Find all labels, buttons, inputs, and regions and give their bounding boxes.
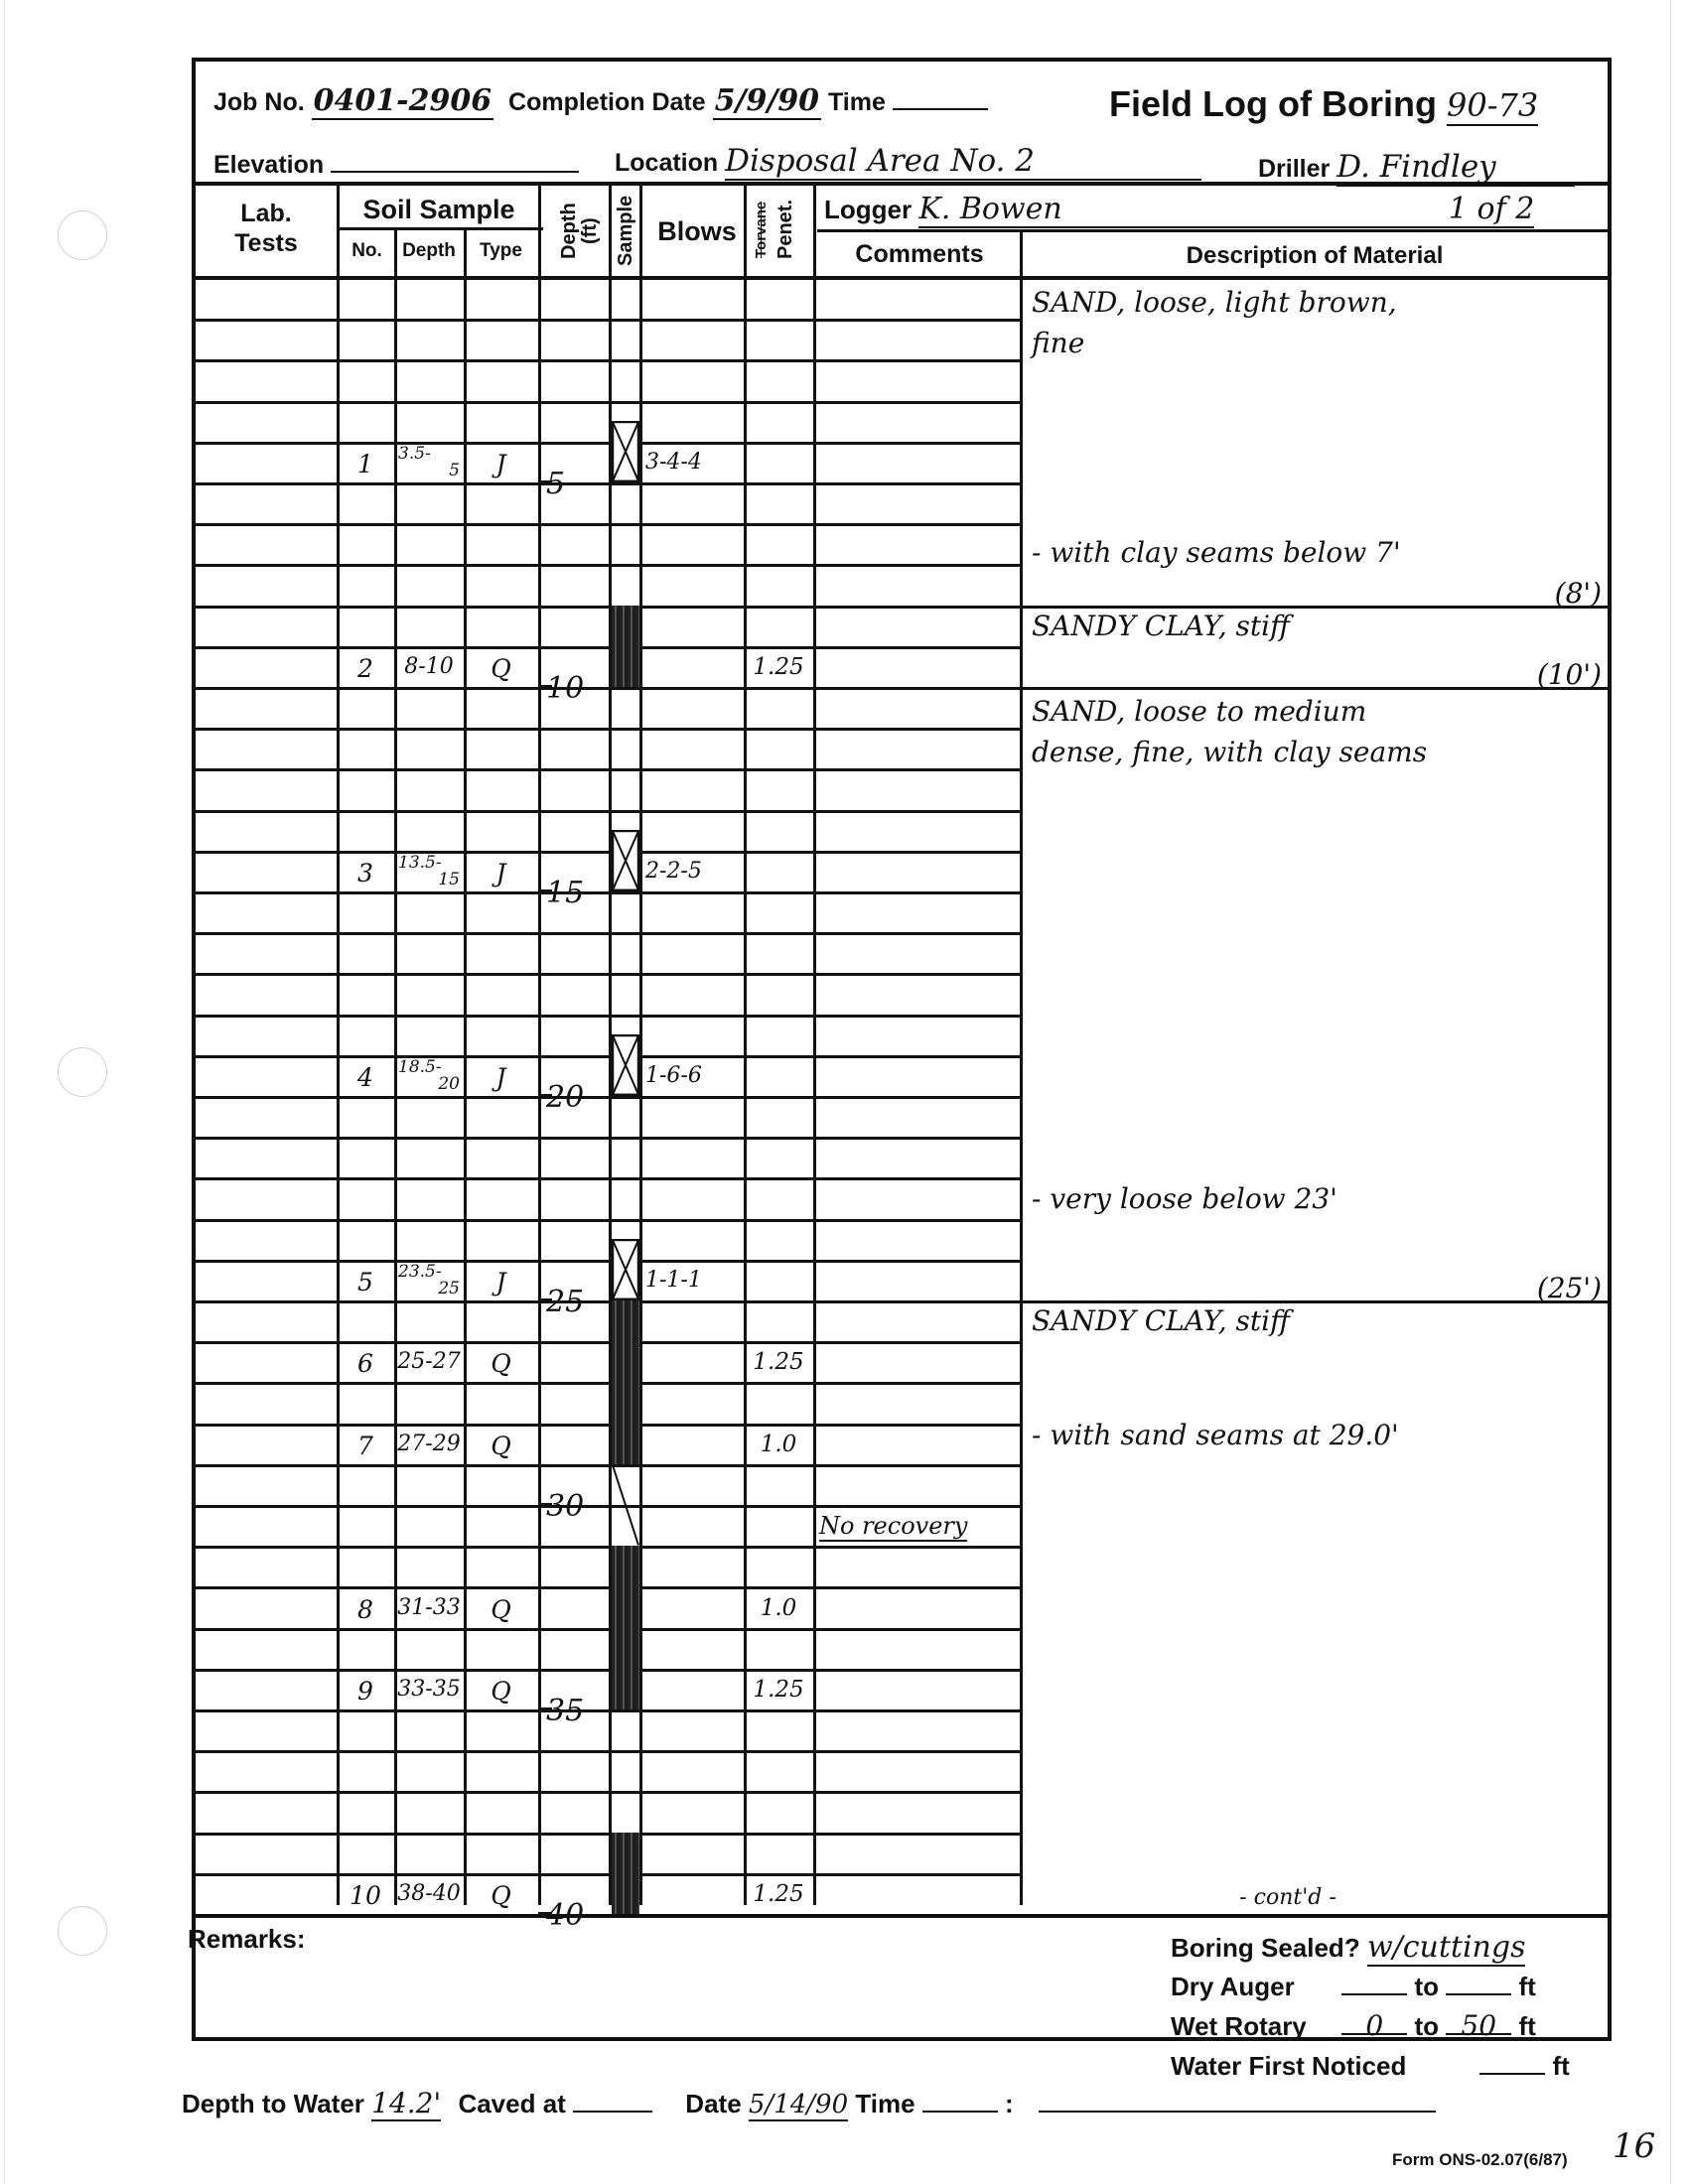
ft-label: ft bbox=[1518, 2011, 1535, 2041]
elevation-field: Elevation bbox=[213, 147, 579, 180]
ft-label: ft bbox=[1518, 1972, 1535, 2001]
row-line bbox=[196, 1177, 1020, 1180]
water-first-label: Water First Noticed bbox=[1171, 2051, 1473, 2082]
col-torvane-penet: Torvane Penet. bbox=[750, 187, 807, 272]
blow-counts[interactable]: 1-1-1 bbox=[639, 1268, 750, 1293]
material-description[interactable]: SAND, loose to medium bbox=[1032, 695, 1366, 728]
material-description[interactable]: SAND, loose, light brown, bbox=[1032, 286, 1397, 319]
blow-counts[interactable]: 3-4-4 bbox=[639, 450, 750, 475]
sample-depth[interactable]: 3.5-5 bbox=[398, 446, 460, 479]
material-description[interactable]: - with clay seams below 7' bbox=[1032, 536, 1401, 569]
tube-sample-icon bbox=[612, 1546, 639, 1627]
sample-depth[interactable]: 8-10 bbox=[394, 654, 464, 679]
no-recovery-icon bbox=[612, 1464, 639, 1546]
col-type: Type bbox=[464, 240, 538, 262]
penetrometer-value[interactable]: 1.0 bbox=[744, 1432, 813, 1457]
row-line bbox=[196, 523, 1020, 526]
sample-type[interactable]: Q bbox=[464, 1881, 538, 1910]
depth-tick bbox=[538, 480, 552, 484]
depth-to-water-value[interactable]: 14.2' bbox=[371, 2087, 441, 2121]
sample-type[interactable]: Q bbox=[464, 1677, 538, 1706]
row-line bbox=[196, 1382, 1020, 1385]
row-line bbox=[196, 1096, 1020, 1099]
depth-tick bbox=[538, 1094, 552, 1098]
col-comments: Comments bbox=[817, 240, 1022, 269]
caved-at-value[interactable] bbox=[573, 2087, 652, 2113]
col-depth-ft: Depth (ft) bbox=[559, 189, 603, 273]
row-line bbox=[196, 482, 1020, 485]
table-bottom-line bbox=[196, 1914, 1608, 1918]
elevation-value[interactable] bbox=[331, 147, 579, 173]
depth-tick bbox=[538, 1707, 552, 1711]
row-line bbox=[196, 1628, 1020, 1631]
job-no-value[interactable]: 0401-2906 bbox=[312, 83, 493, 120]
row-line bbox=[196, 891, 1020, 894]
material-description[interactable]: fine bbox=[1032, 327, 1084, 359]
material-description[interactable]: (25') bbox=[1537, 1272, 1602, 1304]
col-tests-label: Tests bbox=[196, 228, 337, 258]
binder-hole bbox=[58, 210, 107, 260]
tube-sample-icon bbox=[612, 1833, 639, 1914]
location-value[interactable]: Disposal Area No. 2 bbox=[725, 143, 1201, 181]
to-label: to bbox=[1414, 2011, 1439, 2041]
row-line bbox=[196, 1424, 1020, 1427]
signature-line[interactable] bbox=[1039, 2087, 1436, 2113]
completion-date-value[interactable]: 5/9/90 bbox=[713, 83, 821, 120]
row-line bbox=[196, 1137, 1020, 1140]
col-divider bbox=[639, 182, 642, 1905]
page-indicator: 1 of 2 bbox=[1449, 192, 1534, 226]
row-line bbox=[196, 1300, 1020, 1303]
ft-label: ft bbox=[1552, 2051, 1569, 2081]
row-line bbox=[196, 1709, 1020, 1712]
boring-sealed-label: Boring Sealed? bbox=[1171, 1933, 1360, 1963]
row-line bbox=[196, 687, 1020, 690]
sample-depth[interactable]: 25-27 bbox=[394, 1349, 464, 1374]
water-first-field: Water First Noticed ft bbox=[1171, 2049, 1570, 2082]
sample-type[interactable]: Q bbox=[464, 1595, 538, 1624]
col-lab-tests: Lab. Tests bbox=[196, 199, 337, 258]
sample-type[interactable]: Q bbox=[464, 654, 538, 683]
depth-tick bbox=[538, 1503, 552, 1507]
row-line bbox=[196, 1505, 1020, 1508]
material-description[interactable]: - with sand seams at 29.0' bbox=[1032, 1419, 1399, 1451]
row-line bbox=[196, 1750, 1020, 1753]
location-label: Location bbox=[615, 149, 718, 177]
form-number: Form ONS-02.07(6/87) bbox=[1392, 2150, 1568, 2170]
row-line bbox=[196, 646, 1020, 649]
to-label: to bbox=[1414, 1972, 1439, 2001]
col-divider bbox=[337, 182, 340, 1905]
sample-type[interactable]: Q bbox=[464, 1349, 538, 1378]
sample-no[interactable]: 3 bbox=[337, 859, 394, 887]
penetrometer-value[interactable]: 1.25 bbox=[744, 1881, 813, 1907]
water-first-value[interactable] bbox=[1479, 2049, 1545, 2075]
col-penet: Penet. bbox=[774, 200, 796, 259]
driller-label: Driller bbox=[1258, 155, 1330, 183]
blow-counts[interactable]: 2-2-5 bbox=[639, 859, 750, 884]
row-line bbox=[196, 359, 1020, 362]
row-line bbox=[196, 1055, 1020, 1058]
col-depth: Depth bbox=[394, 240, 464, 262]
sample-depth[interactable]: 13.5-15 bbox=[398, 855, 460, 888]
row-line bbox=[196, 973, 1020, 976]
soil-sample-divider bbox=[340, 227, 543, 230]
field-log-form: Job No. 0401-2906 Completion Date 5/9/90… bbox=[192, 58, 1612, 2041]
sample-type[interactable]: J bbox=[464, 1063, 538, 1092]
logger-label: Logger bbox=[824, 195, 912, 224]
sample-depth[interactable]: 38-40 bbox=[394, 1881, 464, 1906]
tube-sample-icon bbox=[612, 606, 639, 687]
penetrometer-value[interactable]: 1.25 bbox=[744, 1677, 813, 1703]
blow-counts[interactable]: 1-6-6 bbox=[639, 1063, 750, 1088]
row-line bbox=[196, 768, 1020, 771]
form-title: Field Log of Boring 90-73 bbox=[1109, 83, 1538, 125]
sample-depth[interactable]: 33-35 bbox=[394, 1677, 464, 1702]
penetrometer-value[interactable]: 1.25 bbox=[744, 654, 813, 680]
material-description[interactable]: SANDY CLAY, stiff bbox=[1032, 1304, 1290, 1337]
row-line bbox=[196, 401, 1020, 404]
col-divider bbox=[394, 227, 397, 1905]
tube-sample-icon bbox=[612, 1300, 639, 1382]
sample-no[interactable]: 4 bbox=[337, 1063, 394, 1092]
sample-no[interactable]: 9 bbox=[337, 1677, 394, 1706]
logger-field: Logger K. Bowen1 of 2 bbox=[824, 192, 1534, 228]
col-divider bbox=[813, 182, 816, 1905]
row-line bbox=[196, 1260, 1020, 1263]
sample-depth[interactable]: 18.5-20 bbox=[398, 1059, 460, 1093]
job-no-label: Job No. bbox=[213, 88, 305, 116]
completion-date-label: Completion Date bbox=[508, 88, 706, 116]
col-torvane-struck: Torvane bbox=[753, 201, 770, 257]
sample-type[interactable]: Q bbox=[464, 1432, 538, 1460]
depth-to-water-field: Depth to Water 14.2' Caved at Date 5/14/… bbox=[182, 2087, 1436, 2119]
binder-hole bbox=[58, 1906, 107, 1956]
dry-auger-from[interactable] bbox=[1341, 1970, 1407, 1995]
material-description[interactable]: dense, fine, with clay seams bbox=[1032, 736, 1427, 768]
split-spoon-sample-icon bbox=[612, 1239, 639, 1300]
row-line bbox=[196, 1873, 1020, 1876]
row-line bbox=[196, 319, 1020, 322]
header-divider bbox=[196, 182, 1608, 186]
boring-sealed-value[interactable]: w/cuttings bbox=[1367, 1930, 1526, 1967]
row-line bbox=[196, 1464, 1020, 1467]
split-spoon-sample-icon bbox=[612, 421, 639, 482]
col-lab-label: Lab. bbox=[196, 199, 337, 228]
tube-sample-icon bbox=[612, 1382, 639, 1463]
row-line bbox=[196, 564, 1020, 567]
depth-to-water-label: Depth to Water bbox=[182, 2089, 364, 2118]
boring-no-value[interactable]: 90-73 bbox=[1447, 86, 1538, 126]
material-description[interactable]: - very loose below 23' bbox=[1032, 1182, 1337, 1215]
time-value[interactable] bbox=[893, 84, 988, 110]
row-line bbox=[196, 1669, 1020, 1672]
paper-edge bbox=[4, 0, 5, 2184]
dry-auger-to[interactable] bbox=[1446, 1970, 1511, 1995]
dry-auger-label: Dry Auger bbox=[1171, 1972, 1335, 2002]
caved-at-label: Caved at bbox=[458, 2089, 565, 2118]
sample-no[interactable]: 6 bbox=[337, 1349, 394, 1378]
strata-break-line bbox=[1020, 606, 1608, 609]
row-line bbox=[196, 1586, 1020, 1589]
comment-no-recovery[interactable]: No recovery bbox=[819, 1512, 967, 1542]
col-divider bbox=[538, 182, 541, 1905]
col-no: No. bbox=[340, 240, 394, 262]
page-number: 16 bbox=[1613, 2126, 1655, 2166]
sample-no[interactable]: 1 bbox=[337, 450, 394, 478]
sample-no[interactable]: 2 bbox=[337, 654, 394, 683]
depth-tick bbox=[538, 685, 552, 689]
form-title-text: Field Log of Boring bbox=[1109, 83, 1437, 124]
sample-depth[interactable]: 27-29 bbox=[394, 1432, 464, 1456]
job-no-field: Job No. 0401-2906 Completion Date 5/9/90… bbox=[213, 83, 988, 118]
logger-value[interactable]: K. Bowen1 of 2 bbox=[918, 192, 1534, 228]
logger-divider bbox=[817, 229, 1608, 232]
location-field: Location Disposal Area No. 2 bbox=[615, 143, 1201, 181]
depth-tick bbox=[538, 1298, 552, 1302]
row-line bbox=[196, 1219, 1020, 1222]
strata-break-line bbox=[1020, 687, 1608, 690]
binder-hole bbox=[58, 1047, 107, 1097]
row-line bbox=[196, 1546, 1020, 1549]
date-value[interactable]: 5/14/90 bbox=[749, 2090, 848, 2121]
split-spoon-sample-icon bbox=[612, 830, 639, 891]
row-line bbox=[196, 1015, 1020, 1018]
logger-name: K. Bowen bbox=[918, 192, 1061, 226]
wet-rotary-field: Wet Rotary 0 to 50 ft bbox=[1171, 2009, 1536, 2042]
sample-no[interactable]: 7 bbox=[337, 1432, 394, 1460]
penetrometer-value[interactable]: 1.0 bbox=[744, 1595, 813, 1621]
row-line bbox=[196, 1341, 1020, 1344]
elevation-label: Elevation bbox=[213, 151, 324, 179]
material-description[interactable]: (8') bbox=[1555, 577, 1602, 610]
material-description[interactable]: SANDY CLAY, stiff bbox=[1032, 610, 1290, 642]
sample-type[interactable]: J bbox=[464, 859, 538, 887]
row-line bbox=[196, 810, 1020, 813]
row-line bbox=[196, 851, 1020, 854]
sample-depth[interactable]: 23.5-25 bbox=[398, 1264, 460, 1297]
row-line bbox=[196, 932, 1020, 935]
time-label: Time bbox=[828, 88, 886, 116]
remarks-label: Remarks: bbox=[188, 1924, 306, 1955]
col-sample: Sample bbox=[615, 186, 640, 275]
col-soil-sample: Soil Sample bbox=[340, 195, 538, 225]
col-blows: Blows bbox=[647, 216, 747, 247]
time-label-bottom: Time bbox=[855, 2089, 914, 2118]
sample-no[interactable]: 10 bbox=[337, 1881, 394, 1910]
sample-no[interactable]: 5 bbox=[337, 1268, 394, 1297]
boring-sealed-field: Boring Sealed? w/cuttings bbox=[1171, 1930, 1525, 1965]
time-value-bottom[interactable] bbox=[922, 2087, 998, 2113]
depth-tick bbox=[538, 889, 552, 893]
col-divider bbox=[1020, 229, 1023, 1905]
row-line bbox=[196, 728, 1020, 731]
penetrometer-value[interactable]: 1.25 bbox=[744, 1349, 813, 1375]
wet-rotary-to[interactable]: 50 bbox=[1446, 2009, 1511, 2035]
split-spoon-sample-icon bbox=[612, 1034, 639, 1096]
paper-edge bbox=[1670, 0, 1671, 2184]
strata-break-line bbox=[1020, 1300, 1608, 1303]
row-line bbox=[196, 606, 1020, 609]
sample-depth[interactable]: 31-33 bbox=[394, 1595, 464, 1620]
dry-auger-field: Dry Auger to ft bbox=[1171, 1970, 1536, 2002]
row-line bbox=[196, 442, 1020, 445]
col-divider bbox=[744, 182, 747, 1905]
row-line bbox=[196, 1833, 1020, 1836]
wet-rotary-from[interactable]: 0 bbox=[1341, 2009, 1407, 2035]
wet-rotary-label: Wet Rotary bbox=[1171, 2011, 1335, 2042]
col-description: Description of Material bbox=[1022, 242, 1608, 270]
material-description[interactable]: (10') bbox=[1537, 658, 1602, 691]
date-label: Date bbox=[685, 2089, 741, 2118]
material-description[interactable]: - cont'd - bbox=[1139, 1885, 1437, 1910]
tube-sample-icon bbox=[612, 1628, 639, 1709]
header-bottom-line bbox=[196, 276, 1608, 280]
remarks-field[interactable] bbox=[190, 1963, 964, 2022]
sample-no[interactable]: 8 bbox=[337, 1595, 394, 1624]
row-line bbox=[196, 1791, 1020, 1794]
sample-type[interactable]: J bbox=[464, 1268, 538, 1297]
sample-type[interactable]: J bbox=[464, 450, 538, 478]
